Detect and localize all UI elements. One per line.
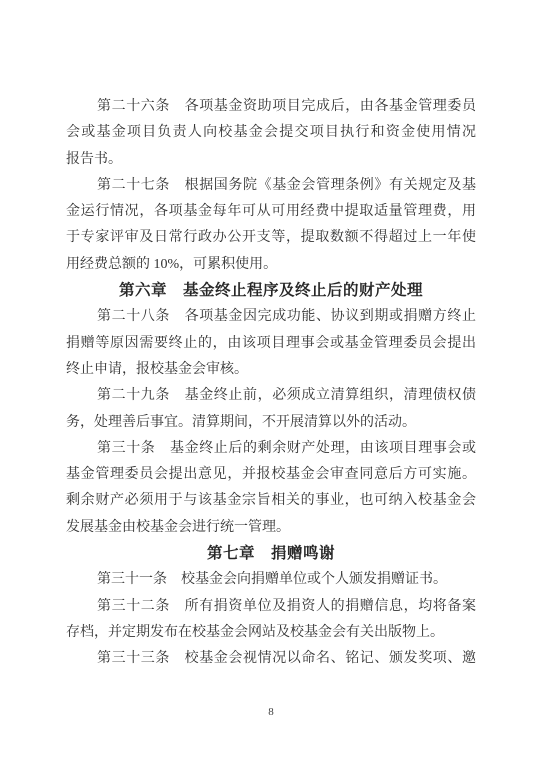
text-line: 基金管理委员会提出意见，并报校基金会审查同意后方可实施。 [66, 462, 476, 488]
paragraph: 第二十七条 根据国务院《基金会管理条例》有关规定及基金运行情况，各项基金每年可从… [66, 173, 476, 278]
text-line: 捐赠等原因需要终止的，由该项目理事会或基金管理委员会提出 [66, 331, 476, 357]
page-number: 8 [0, 706, 542, 718]
paragraph: 第三十条 基金终止后的剩余财产处理，由该项目理事会或基金管理委员会提出意见，并报… [66, 436, 476, 541]
text-line: 第三十条 基金终止后的剩余财产处理，由该项目理事会或 [66, 436, 476, 462]
document-body: 第二十六条 各项基金资助项目完成后，由各基金管理委员会或基金项目负责人向校基金会… [66, 94, 476, 673]
text-line: 终止申请，报校基金会审核。 [66, 357, 476, 383]
text-line: 第三十一条 校基金会向捐赠单位或个人颁发捐赠证书。 [66, 567, 476, 593]
text-line: 第二十六条 各项基金资助项目完成后，由各基金管理委员 [66, 94, 476, 120]
paragraph: 第二十九条 基金终止前，必须成立清算组织，清理债权债务，处理善后事宜。清算期间，… [66, 383, 476, 436]
paragraph: 第三十二条 所有捐资单位及捐资人的捐赠信息，均将备案存档，并定期发布在校基金会网… [66, 594, 476, 647]
document-page: 第二十六条 各项基金资助项目完成后，由各基金管理委员会或基金项目负责人向校基金会… [0, 0, 542, 768]
paragraph: 第三十一条 校基金会向捐赠单位或个人颁发捐赠证书。 [66, 567, 476, 593]
text-line: 剩余财产必须用于与该基金宗旨相关的事业，也可纳入校基金会 [66, 488, 476, 514]
text-line: 用经费总额的 10%，可累积使用。 [66, 252, 476, 278]
text-line: 于专家评审及日常行政办公开支等，提取数额不得超过上一年使 [66, 225, 476, 251]
text-line: 报告书。 [66, 147, 476, 173]
text-line: 第三十二条 所有捐资单位及捐资人的捐赠信息，均将备案 [66, 594, 476, 620]
text-line: 存档，并定期发布在校基金会网站及校基金会有关出版物上。 [66, 620, 476, 646]
paragraph: 第二十八条 各项基金因完成功能、协议到期或捐赠方终止捐赠等原因需要终止的，由该项… [66, 304, 476, 383]
text-line: 金运行情况，各项基金每年可从可用经费中提取适量管理费，用 [66, 199, 476, 225]
text-line: 会或基金项目负责人向校基金会提交项目执行和资金使用情况 [66, 120, 476, 146]
text-line: 发展基金由校基金会进行统一管理。 [66, 515, 476, 541]
text-line: 第二十八条 各项基金因完成功能、协议到期或捐赠方终止 [66, 304, 476, 330]
chapter-heading: 第六章 基金终止程序及终止后的财产处理 [66, 278, 476, 304]
paragraph: 第二十六条 各项基金资助项目完成后，由各基金管理委员会或基金项目负责人向校基金会… [66, 94, 476, 173]
text-line: 第二十九条 基金终止前，必须成立清算组织，清理债权债 [66, 383, 476, 409]
text-line: 第二十七条 根据国务院《基金会管理条例》有关规定及基 [66, 173, 476, 199]
paragraph: 第三十三条 校基金会视情况以命名、铭记、颁发奖项、邀 [66, 646, 476, 672]
chapter-heading: 第七章 捐赠鸣谢 [66, 541, 476, 567]
text-line: 务，处理善后事宜。清算期间，不开展清算以外的活动。 [66, 410, 476, 436]
text-line: 第三十三条 校基金会视情况以命名、铭记、颁发奖项、邀 [66, 646, 476, 672]
